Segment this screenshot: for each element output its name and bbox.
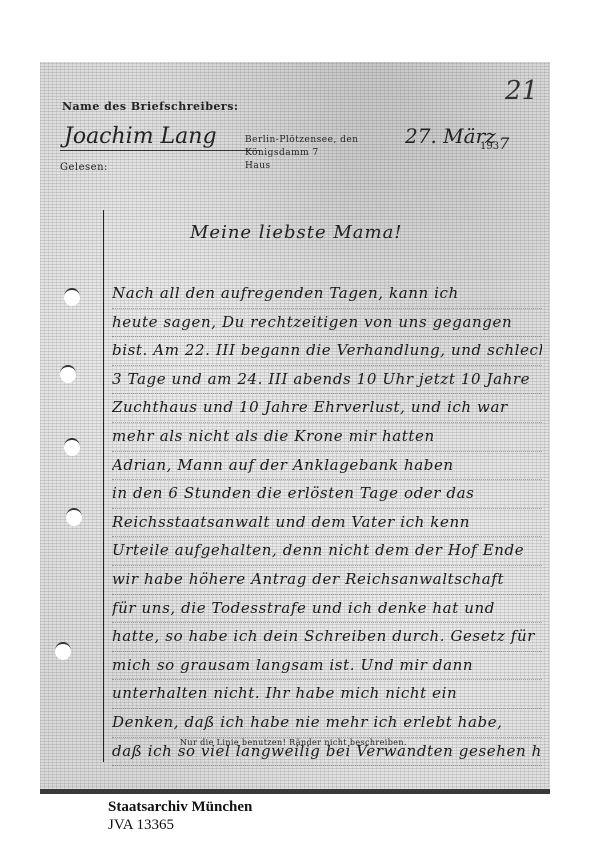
year-suffix: 7	[499, 134, 509, 153]
body-line: Reichsstaatsanwalt und dem Vater ich ken…	[112, 509, 542, 538]
address-line: Berlin-Plötzensee, den	[245, 134, 359, 147]
year-prefix: 193	[480, 141, 499, 152]
body-line: Denken, daß ich habe nie mehr ich erlebt…	[112, 709, 542, 738]
punch-hole	[64, 438, 80, 456]
body-line: bist. Am 22. III begann die Verhandlung,…	[112, 337, 542, 366]
prison-address: Berlin-Plötzensee, den Königsdamm 7 Haus	[245, 134, 359, 173]
body-line: mich so grausam langsam ist. Und mir dan…	[112, 652, 542, 681]
letter-body: Nach all den aufregenden Tagen, kann ich…	[112, 280, 542, 766]
margin-line	[103, 210, 104, 762]
body-line: 3 Tage und am 24. III abends 10 Uhr jetz…	[112, 366, 542, 395]
folio-number: 21	[505, 76, 538, 106]
body-line: Adrian, Mann auf der Anklagebank haben	[112, 452, 542, 481]
archive-stamp: Staatsarchiv München JVA 13365	[108, 798, 252, 834]
footer-instruction: Nur die Linie benutzen! Ränder nicht bes…	[180, 738, 407, 747]
sender-label: Name des Briefschreibers:	[62, 100, 238, 113]
address-line: Haus	[245, 160, 359, 173]
punch-hole	[60, 365, 76, 383]
body-line: für uns, die Todesstrafe und ich denke h…	[112, 595, 542, 624]
body-line: Zuchthaus und 10 Jahre Ehrverlust, und i…	[112, 394, 542, 423]
body-line: Nach all den aufregenden Tagen, kann ich	[112, 280, 542, 309]
sender-name: Joachim Lang	[64, 124, 217, 149]
punch-hole	[55, 642, 71, 660]
letter-page: 21 Name des Briefschreibers: Joachim Lan…	[40, 62, 550, 790]
body-line: mehr als nicht als die Krone mir hatten	[112, 423, 542, 452]
archive-signature: JVA 13365	[108, 816, 252, 834]
body-line: in den 6 Stunden die erlösten Tage oder …	[112, 480, 542, 509]
address-line: Königsdamm 7	[245, 147, 359, 160]
salutation: Meine liebste Mama!	[190, 222, 403, 243]
letter-year: 1937	[480, 134, 509, 153]
body-line: wir habe höhere Antrag der Reichsanwalts…	[112, 566, 542, 595]
page-edge-shadow	[40, 789, 550, 794]
archive-institution: Staatsarchiv München	[108, 798, 252, 816]
body-line: unterhalten nicht. Ihr habe mich nicht e…	[112, 680, 542, 709]
punch-hole	[66, 508, 82, 526]
body-line: Urteile aufgehalten, denn nicht dem der …	[112, 537, 542, 566]
read-label: Gelesen:	[60, 162, 108, 173]
punch-hole	[64, 288, 80, 306]
body-line: hatte, so habe ich dein Schreiben durch.…	[112, 623, 542, 652]
body-line: heute sagen, Du rechtzeitigen von uns ge…	[112, 309, 542, 338]
sender-underline	[60, 150, 260, 151]
